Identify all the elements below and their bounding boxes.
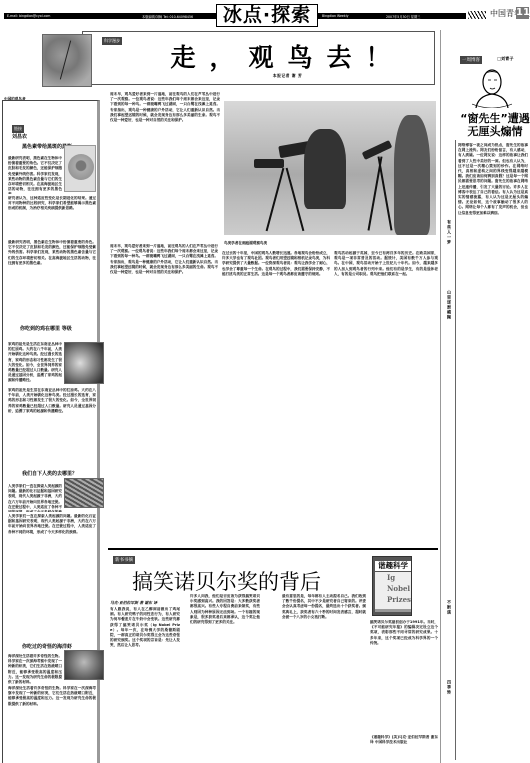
page-number: 11 <box>516 7 529 19</box>
pull-quote-1: 有些人一梦 <box>447 220 452 280</box>
sidebar-subhead-3: 我们自下人类的去哪里？ <box>22 470 77 477</box>
book-cover-title-en-2: Prizes <box>387 594 411 605</box>
sidebar-para-3b: 家鸡的祖先是生活在东南亚丛林中的红原鸡。大约在八千年前，人类开始驯化这种鸟类。经… <box>8 388 96 458</box>
tree-image <box>64 650 104 680</box>
pull-quote-3: 不断演 <box>447 600 452 660</box>
hatch-decoration <box>468 11 486 19</box>
ig-nobel-headline: 搞笑诺贝尔奖的背后 <box>132 566 321 596</box>
blog-column-tag: 一周博客 <box>460 56 482 64</box>
main-body-col1: 周末早，观鸟爱好者来到一片湿地，前往观鸟的人们在芦苇丛中进行了一次观察。一位观鸟… <box>110 244 218 544</box>
sidebar-tag: 链接 <box>12 125 24 133</box>
sidebar-author: 刘昌农 <box>12 133 27 140</box>
sidebar-subhead-2: 你吃到的鸡在哪里 等级 <box>20 325 72 332</box>
main-photo-caption: 鸟类学者在洞庭湖观察鸟类 <box>224 241 267 246</box>
book-cover-title-en-1: Ig Nobel <box>387 572 411 594</box>
pull-quote-2: 山里逐渐模糊 <box>447 290 452 350</box>
header-bar-right: Bingdian Weekly 2007年5月30日 星期三 <box>318 13 466 19</box>
portrait-sketch-icon <box>472 66 512 108</box>
header-email: E-mail: bingdian@cyol.com <box>7 14 50 18</box>
header-date: 2007年5月30日 星期三 <box>386 14 420 19</box>
main-headline: 走，观鸟去！ <box>140 38 435 74</box>
header-bar-left: E-mail: bingdian@cyol.com 本版编辑/刘畅 Tel: 0… <box>4 13 216 19</box>
blog-body: 网络博客一夜之间成为热点，窗先生的故事在网上流传。网友们纷纷留言，有人感动，有人… <box>458 143 528 760</box>
main-body-col3: 观鸟活动起源于英国，至今已有两百多年的历史。在欧美国家，观鸟是一项非常普及的活动… <box>334 251 438 544</box>
pull-quote-4: 四季转 <box>447 680 452 740</box>
main-body-col1-top: 周末早，观鸟爱好者来到一片湿地，前往观鸟的人们在芦苇丛中进行了一次观察。一位观鸟… <box>110 92 220 242</box>
nest-image <box>64 478 104 508</box>
section-title: 冰点·探索 <box>216 4 318 27</box>
ig-body-col2: 许多人问我，他们是否应该为获得搞笑诺贝尔奖感到高兴。我的回答是：大多数获奖者都很… <box>190 594 260 763</box>
small-photo-birdwatcher <box>42 34 92 87</box>
ig-nobel-byline: 马克·亚伯拉罕斯 著 谢东 译 <box>110 600 157 606</box>
section-divider <box>108 548 438 550</box>
header-editor-phone: 本版编辑/刘畅 Tel: 010-64098456 <box>142 14 193 19</box>
book-excerpt-tag: 新书书摘 <box>113 556 135 564</box>
sidebar-para-4a: 人类学家们一直在探索人类起源的问题。最新的化石证据和基因研究表明，现代人类起源于… <box>8 484 62 512</box>
right-column-rule <box>455 140 456 760</box>
sidebar-para-5a: 海洋深处生活着许多奇怪的生物。科学家在一次深海考察中发现了一种新的虾类，它们生活… <box>8 654 62 684</box>
blog-column-author: □刘青子 <box>497 56 514 62</box>
blog-headline-line2: 无厘头煽情 <box>460 125 530 138</box>
book-cover-title-cn: 谐趣科学 <box>375 561 411 571</box>
blog-headline-line1: “窗先生”遭遇 <box>460 112 530 125</box>
column-label: 科学漫步 <box>102 37 122 45</box>
sidebar-para-1a: 最新研究表明，黑色素在生物体中扮演着重要的角色。它不仅决定了皮肤和毛发的颜色，还… <box>8 156 62 194</box>
sidebar-para-4b: 人类学家们一直在探索人类起源的问题。最新的化石证据和基因研究表明，现代人类起源于… <box>8 514 96 639</box>
sidebar-para-3a: 家鸡的祖先是生活在东南亚丛林中的红原鸡。大约在八千年前，人类开始驯化这种鸟类。经… <box>8 342 62 386</box>
main-photo-birdwatchers <box>224 101 436 235</box>
ig-body-col1: 有人跟我说，有人在乙醇面前做出了鸡尾酒。有人研究鸭子的同性恋行为，有人研究为何早… <box>110 607 180 763</box>
header-publication-en: Bingdian Weekly <box>322 14 349 18</box>
main-byline: 本报记者 谢 芳 <box>140 73 435 79</box>
main-body-col2: 在过去的十年里，中国的观鸟人数增长迅速。各地观鸟会纷纷成立，许多大学也有了观鸟社… <box>222 251 330 544</box>
ig-body-col3: 最有意思的是，每年都有人主动提名自己。我们收到了数千份提名，其中不少是研究者自己… <box>282 594 366 763</box>
sidebar-subhead-4: 你吃过的奇怪的海洋虾 <box>22 643 72 650</box>
book-credit: 《谐趣科学》[美]马克·亚伯拉罕斯著 谢东译 中国科学技术出版社 <box>370 735 438 747</box>
sidebar-para-5b: 海洋深处生活着许多奇怪的生物。科学家在一次深海考察中发现了一种新的虾类，它们生活… <box>8 686 96 761</box>
rooster-image <box>64 342 104 384</box>
book-cover-ig-nobel: 谐趣科学 Ig NobelPrizes <box>372 556 412 616</box>
cell-micrograph-image <box>64 145 96 192</box>
blog-headline: “窗先生”遭遇 无厘头煽情 <box>460 112 530 138</box>
sidebar-para-1b: 最新研究表明，黑色素在生物体中扮演着重要的角色。它不仅决定了皮肤和毛发的颜色，还… <box>8 240 96 310</box>
